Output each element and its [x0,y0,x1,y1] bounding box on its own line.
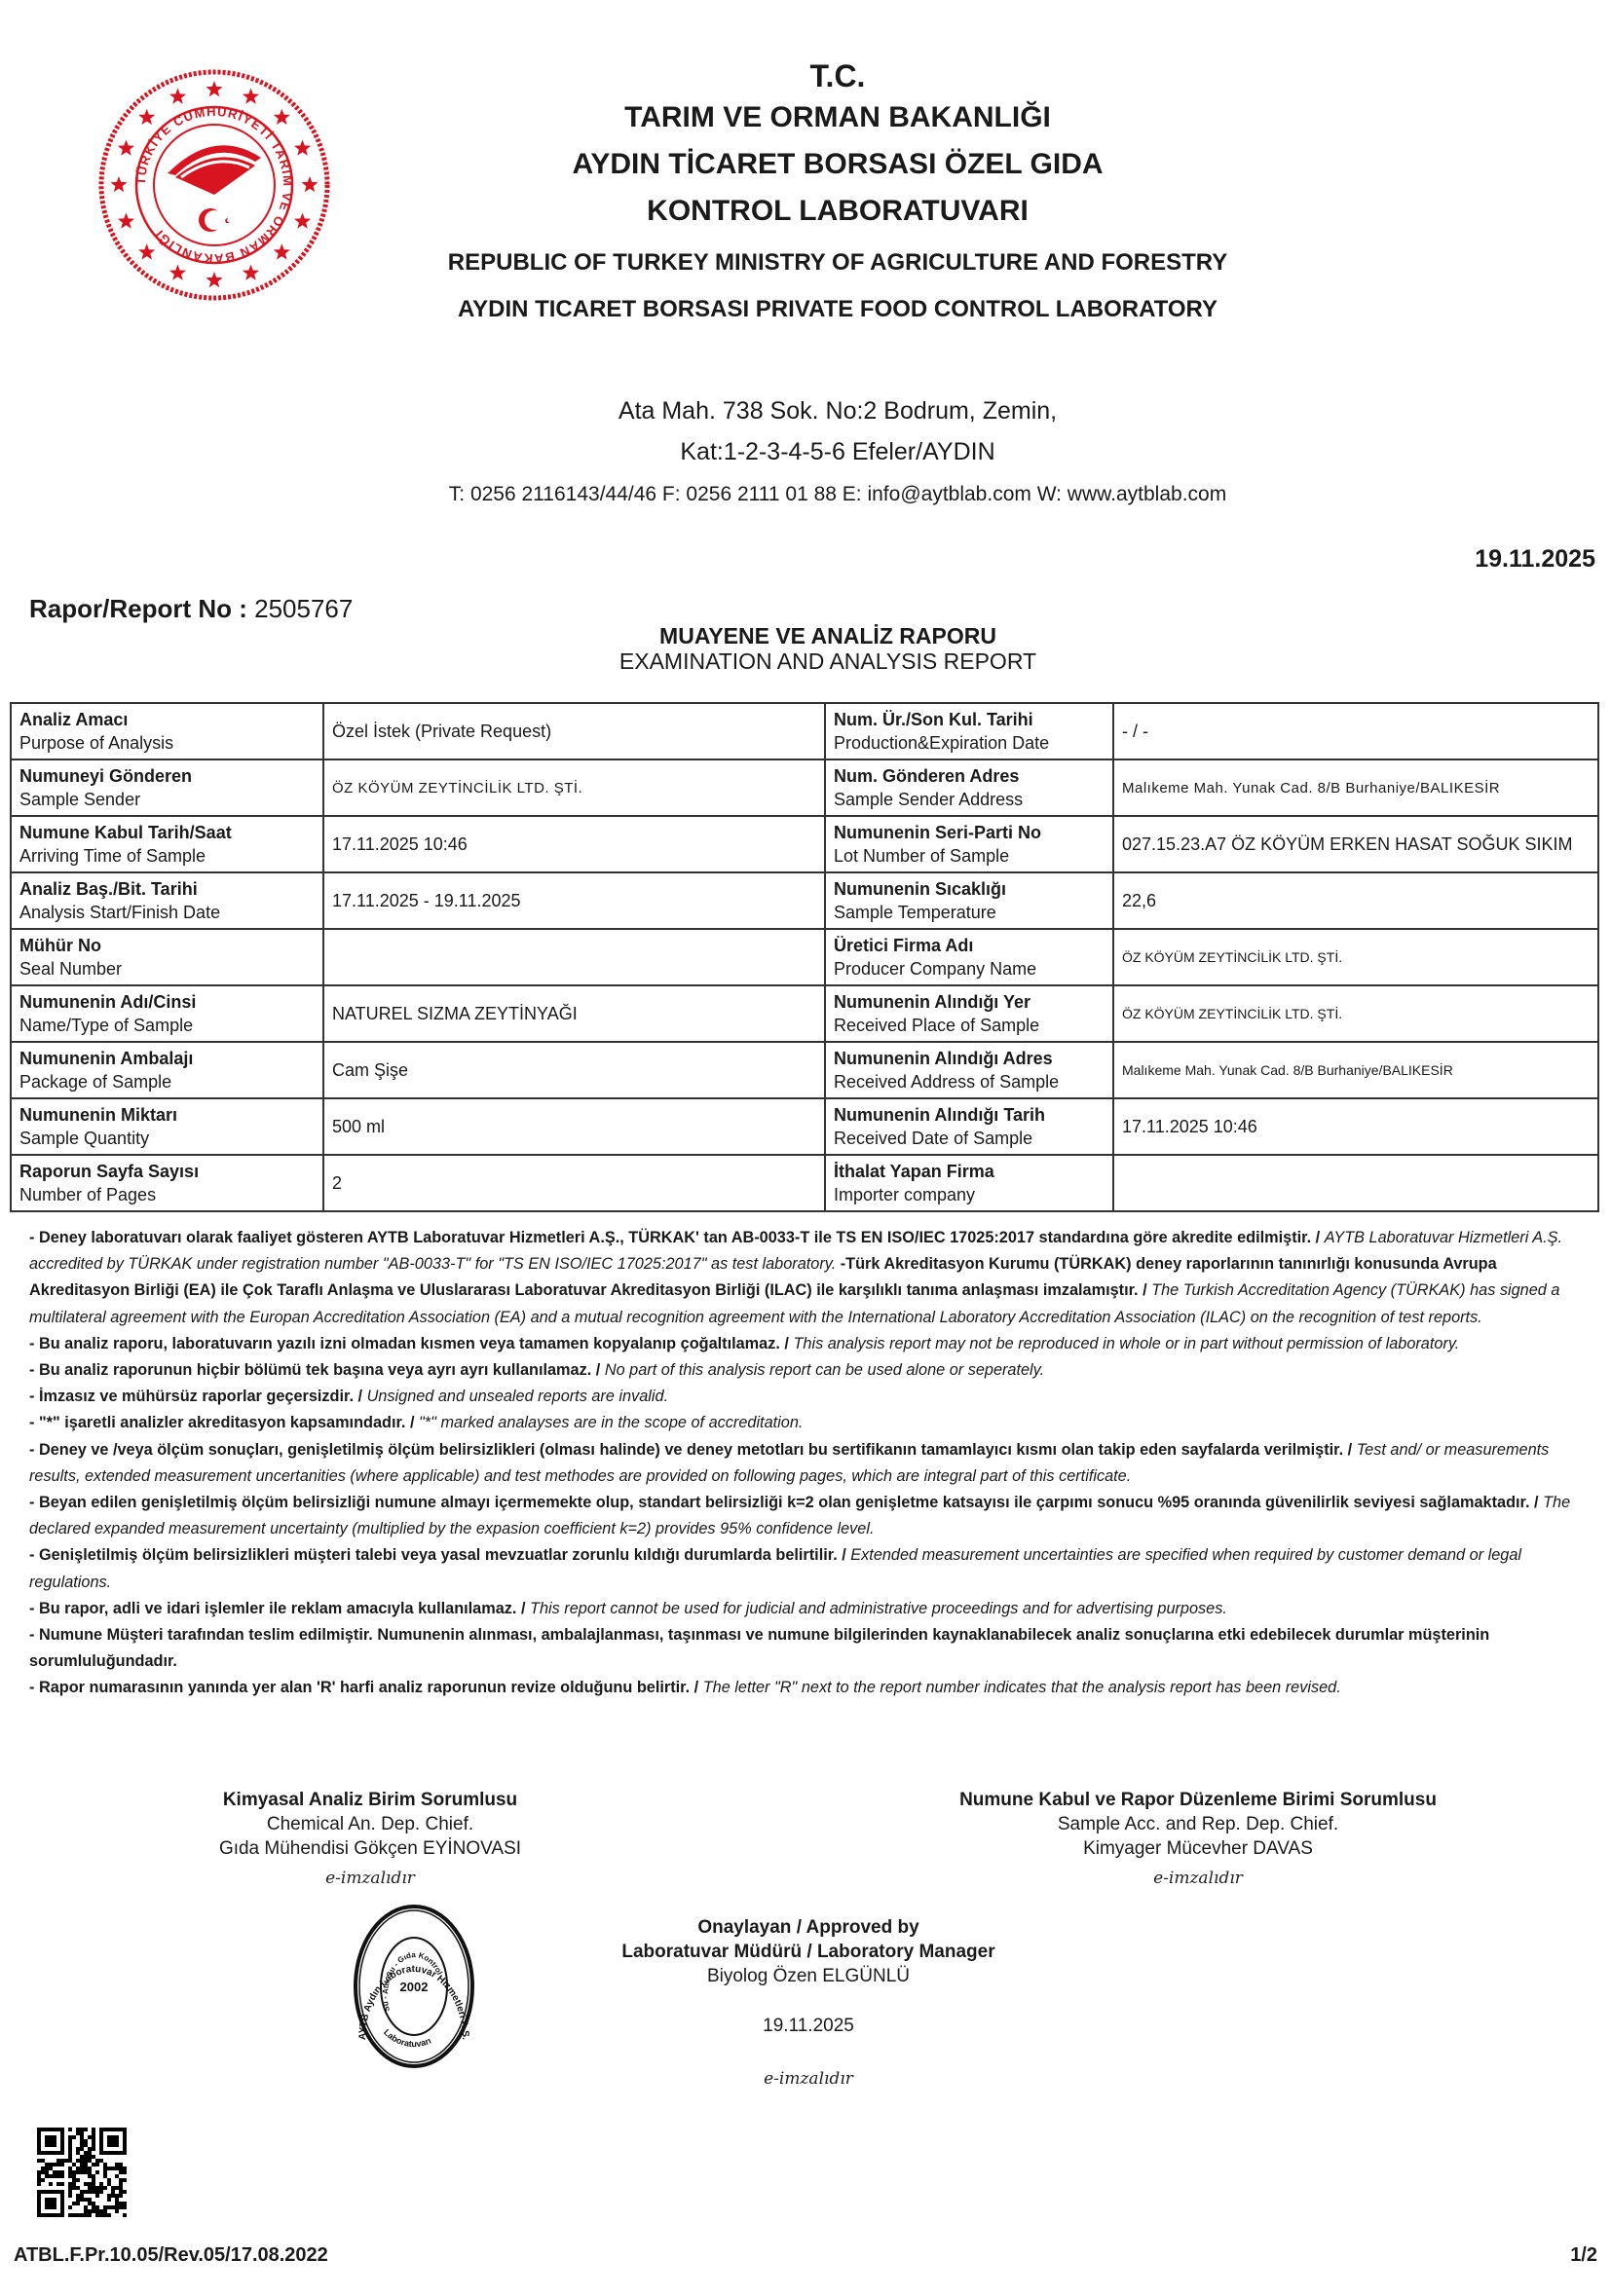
signature-right-title-en: Sample Acc. and Rep. Dep. Chief. [916,1812,1480,1836]
field-label-tr: Numunenin Miktarı [19,1103,315,1127]
field-label-tr: Num. Gönderen Adres [834,764,1105,788]
signature-left: Kimyasal Analiz Birim Sorumlusu Chemical… [156,1788,584,1891]
field-label: Mühür No Seal Number [11,929,323,985]
note-item: - İmzasız ve mühürsüz raporlar geçersizd… [29,1384,1597,1410]
field-value: Malıkeme Mah. Yunak Cad. 8/B Burhaniye/B… [1113,1042,1598,1098]
field-label: Numunenin Adı/Cinsi Name/Type of Sample [11,985,323,1042]
field-label-en: Importer company [834,1183,1105,1206]
field-value: Özel İstek (Private Request) [323,703,825,759]
field-label-tr: Numunenin Seri-Parti No [834,821,1105,844]
field-value: 17.11.2025 - 19.11.2025 [323,872,825,929]
field-label-tr: Numuneyi Gönderen [19,764,315,788]
field-value: 027.15.23.A7 ÖZ KÖYÜM ERKEN HASAT SOĞUK … [1113,816,1598,872]
field-value: Malıkeme Mah. Yunak Cad. 8/B Burhaniye/B… [1113,759,1598,816]
field-label: Numuneyi Gönderen Sample Sender [11,759,323,816]
report-date: 19.11.2025 [1475,545,1595,574]
field-label: Numunenin Alındığı Adres Received Addres… [825,1042,1113,1098]
note-item: - Bu rapor, adli ve idari işlemler ile r… [29,1596,1597,1622]
field-label-tr: Analiz Amacı [19,708,315,731]
report-number-label: Rapor/Report No : [29,594,247,623]
field-label-en: Arriving Time of Sample [19,844,315,868]
page-number: 1/2 [1570,2244,1597,2267]
field-value: 17.11.2025 10:46 [323,816,825,872]
field-label-en: Received Address of Sample [834,1070,1105,1093]
esign-right: e-imzalıdır [916,1867,1480,1891]
field-value: ÖZ KÖYÜM ZEYTİNCİLİK LTD. ŞTİ. [1113,929,1598,985]
field-label-tr: Numunenin Alındığı Adres [834,1047,1105,1070]
field-label: Numune Kabul Tarih/Saat Arriving Time of… [11,816,323,872]
table-row: Analiz Baş./Bit. Tarihi Analysis Start/F… [11,872,1598,929]
field-label-tr: Mühür No [19,934,315,957]
note-item: - Rapor numarasının yanında yer alan 'R'… [29,1675,1597,1701]
approved-by-label: Onaylayan / Approved by [545,1915,1071,1940]
table-row: Numune Kabul Tarih/Saat Arriving Time of… [11,816,1598,872]
field-label-en: Sample Sender Address [834,788,1105,811]
signature-right-title: Numune Kabul ve Rapor Düzenleme Birimi S… [916,1788,1480,1812]
signature-left-name: Gıda Mühendisi Gökçen EYİNOVASI [156,1836,584,1861]
field-label-tr: Raporun Sayfa Sayısı [19,1160,315,1183]
approval-date: 19.11.2025 [545,2014,1071,2038]
field-label: İthalat Yapan Firma Importer company [825,1155,1113,1211]
table-row: Raporun Sayfa Sayısı Number of Pages 2 İ… [11,1155,1598,1211]
lab-title-en: AYDIN TICARET BORSASI PRIVATE FOOD CONTR… [370,296,1305,323]
note-item: - "*" işaretli analizler akreditasyon ka… [29,1410,1597,1436]
field-label: Numunenin Alındığı Tarih Received Date o… [825,1098,1113,1155]
field-label-tr: Numune Kabul Tarih/Saat [19,821,315,844]
signature-left-title-en: Chemical An. Dep. Chief. [156,1812,584,1836]
lab-title-line2: KONTROL LABORATUVARI [429,195,1247,228]
signature-right-name: Kimyager Mücevher DAVAS [916,1836,1480,1861]
field-label: Numunenin Seri-Parti No Lot Number of Sa… [825,816,1113,872]
field-value: 500 ml [323,1098,825,1155]
field-value [1113,1155,1598,1211]
field-value: 2 [323,1155,825,1211]
field-label-en: Sample Quantity [19,1127,315,1150]
field-label: Numunenin Ambalajı Package of Sample [11,1042,323,1098]
report-number-value: 2505767 [254,594,353,623]
report-number: Rapor/Report No : 2505767 [29,594,353,624]
qr-code-icon[interactable] [37,2128,127,2217]
signature-right: Numune Kabul ve Rapor Düzenleme Birimi S… [916,1788,1480,1891]
field-label-en: Analysis Start/Finish Date [19,901,315,924]
field-label-en: Received Place of Sample [834,1014,1105,1037]
field-label-en: Production&Expiration Date [834,731,1105,755]
field-label-en: Received Date of Sample [834,1127,1105,1150]
table-row: Numuneyi Gönderen Sample Sender ÖZ KÖYÜM… [11,759,1598,816]
contact-info: T: 0256 2116143/44/46 F: 0256 2111 01 88… [292,483,1383,506]
note-item: - Numune Müşteri tarafından teslim edilm… [29,1622,1597,1675]
signature-center: Onaylayan / Approved by Laboratuvar Müdü… [545,1915,1071,2092]
field-label-en: Seal Number [19,957,315,981]
field-label-en: Package of Sample [19,1070,315,1093]
field-label-tr: Numunenin Ambalajı [19,1047,315,1070]
field-label-tr: Numunenin Adı/Cinsi [19,990,315,1014]
report-title-tr: MUAYENE VE ANALİZ RAPORU [487,623,1169,649]
note-item: - Bu analiz raporunun hiçbir bölümü tek … [29,1357,1597,1384]
table-row: Numunenin Adı/Cinsi Name/Type of Sample … [11,985,1598,1042]
field-label: Numunenin Alındığı Yer Received Place of… [825,985,1113,1042]
field-value: Cam Şişe [323,1042,825,1098]
address-line1: Ata Mah. 738 Sok. No:2 Bodrum, Zemin, [429,397,1247,426]
field-label: Raporun Sayfa Sayısı Number of Pages [11,1155,323,1211]
sample-info-table: Analiz Amacı Purpose of Analysis Özel İs… [10,702,1599,1212]
ministry-title: TARIM VE ORMAN BAKANLIĞI [429,101,1247,134]
table-row: Analiz Amacı Purpose of Analysis Özel İs… [11,703,1598,759]
lab-stamp-icon: AYTB Aydın Laboratuvar Hizmetleri A.Ş. S… [331,1904,497,2069]
field-label: Num. Ür./Son Kul. Tarihi Production&Expi… [825,703,1113,759]
note-item: - Genişletilmiş ölçüm belirsizlikleri mü… [29,1542,1597,1595]
header-tc: T.C. [584,58,1091,94]
field-label: Num. Gönderen Adres Sample Sender Addres… [825,759,1113,816]
lab-title-line1: AYDIN TİCARET BORSASI ÖZEL GIDA [429,148,1247,181]
field-label: Numunenin Miktarı Sample Quantity [11,1098,323,1155]
field-label-en: Producer Company Name [834,957,1105,981]
note-item: - Beyan edilen genişletilmiş ölçüm belir… [29,1490,1597,1542]
field-value: ÖZ KÖYÜM ZEYTİNCİLİK LTD. ŞTİ. [1113,985,1598,1042]
field-label-en: Number of Pages [19,1183,315,1206]
field-label-en: Sample Sender [19,788,315,811]
field-label-tr: Numunenin Alındığı Yer [834,990,1105,1014]
esign-left: e-imzalıdır [156,1867,584,1891]
field-label: Analiz Amacı Purpose of Analysis [11,703,323,759]
field-value: ÖZ KÖYÜM ZEYTİNCİLİK LTD. ŞTİ. [323,759,825,816]
field-label: Üretici Firma Adı Producer Company Name [825,929,1113,985]
field-label: Analiz Baş./Bit. Tarihi Analysis Start/F… [11,872,323,929]
table-row: Numunenin Miktarı Sample Quantity 500 ml… [11,1098,1598,1155]
esign-center: e-imzalıdır [545,2067,1071,2092]
field-value: 22,6 [1113,872,1598,929]
field-value: - / - [1113,703,1598,759]
lab-manager-name: Biyolog Özen ELGÜNLÜ [545,1964,1071,1988]
ministry-title-en: REPUBLIC OF TURKEY MINISTRY OF AGRICULTU… [370,249,1305,277]
field-label-tr: Analiz Baş./Bit. Tarihi [19,877,315,901]
note-item: - Bu analiz raporu, laboratuvarın yazılı… [29,1331,1597,1357]
field-label-tr: Num. Ür./Son Kul. Tarihi [834,708,1105,731]
field-value [323,929,825,985]
field-label-tr: Numunenin Alındığı Tarih [834,1103,1105,1127]
note-item: - Deney ve /veya ölçüm sonuçları, genişl… [29,1437,1597,1490]
lab-manager-label: Laboratuvar Müdürü / Laboratory Manager [545,1940,1071,1964]
report-notes: - Deney laboratuvarı olarak faaliyet gös… [29,1225,1597,1702]
field-label-en: Lot Number of Sample [834,844,1105,868]
field-label: Numunenin Sıcaklığı Sample Temperature [825,872,1113,929]
ministry-seal-icon: TÜRKİYE CUMHURİYETİ TARIM VE ORMAN BAKAN… [97,68,331,302]
svg-text:Laboratuvarı: Laboratuvarı [382,2027,432,2049]
note-item: - Deney laboratuvarı olarak faaliyet gös… [29,1225,1597,1331]
field-label-en: Purpose of Analysis [19,731,315,755]
field-label-en: Name/Type of Sample [19,1014,315,1037]
signature-left-title: Kimyasal Analiz Birim Sorumlusu [156,1788,584,1812]
field-label-tr: Numunenin Sıcaklığı [834,877,1105,901]
table-row: Numunenin Ambalajı Package of Sample Cam… [11,1042,1598,1098]
table-row: Mühür No Seal Number Üretici Firma Adı P… [11,929,1598,985]
svg-text:AYTB Aydın Laboratuvar Hizmetl: AYTB Aydın Laboratuvar Hizmetleri A.Ş. [357,1964,470,2040]
address-line2: Kat:1-2-3-4-5-6 Efeler/AYDIN [429,438,1247,466]
field-label-en: Sample Temperature [834,901,1105,924]
field-label-tr: İthalat Yapan Firma [834,1160,1105,1183]
form-code: ATBL.F.Pr.10.05/Rev.05/17.08.2022 [14,2244,328,2267]
field-value: NATUREL SIZMA ZEYTİNYAĞI [323,985,825,1042]
report-title-en: EXAMINATION AND ANALYSIS REPORT [487,648,1169,675]
field-label-tr: Üretici Firma Adı [834,934,1105,957]
field-value: 17.11.2025 10:46 [1113,1098,1598,1155]
svg-text:2002: 2002 [400,1980,429,1994]
